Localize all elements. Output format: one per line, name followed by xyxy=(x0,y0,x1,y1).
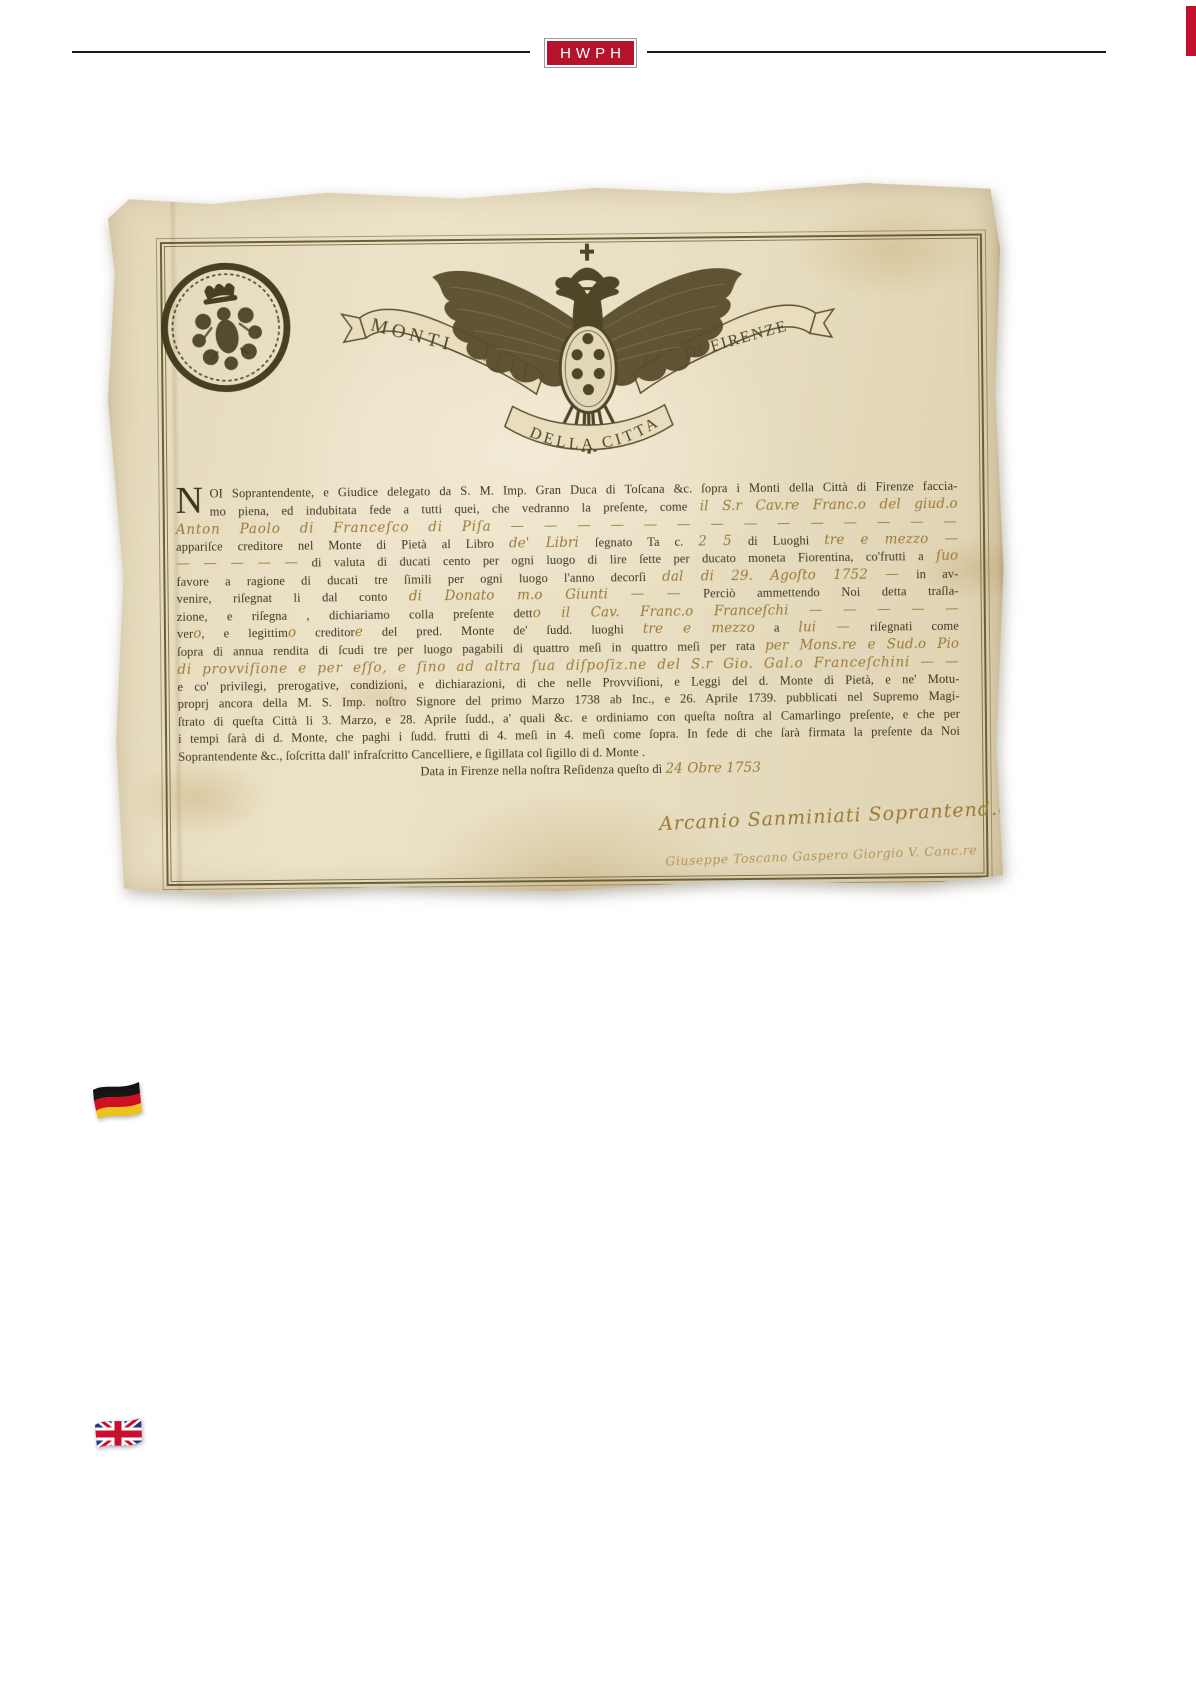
certificate-photo: MONTI DI FIRENZE xyxy=(102,177,1006,898)
german-flag-icon xyxy=(90,1078,142,1120)
parchment: MONTI DI FIRENZE xyxy=(102,177,1006,898)
hwph-logo: HWPH xyxy=(544,38,637,68)
page-edge-marker xyxy=(1186,6,1196,56)
header-rule-right xyxy=(647,51,1106,53)
double-headed-eagle-crest-icon: MONTI DI FIRENZE xyxy=(337,231,839,466)
hwph-logo-box: HWPH xyxy=(547,41,634,65)
uk-flag-icon xyxy=(93,1414,143,1454)
drop-cap: N xyxy=(175,483,203,519)
monte-seal-stamp-icon xyxy=(148,250,303,405)
catalog-page: HWPH xyxy=(0,0,1196,1692)
header-rule-left xyxy=(72,51,530,53)
hwph-logo-text: HWPH xyxy=(555,46,626,61)
document-text-lines: N OI Soprantendente, e Giudice delegato … xyxy=(175,478,960,784)
